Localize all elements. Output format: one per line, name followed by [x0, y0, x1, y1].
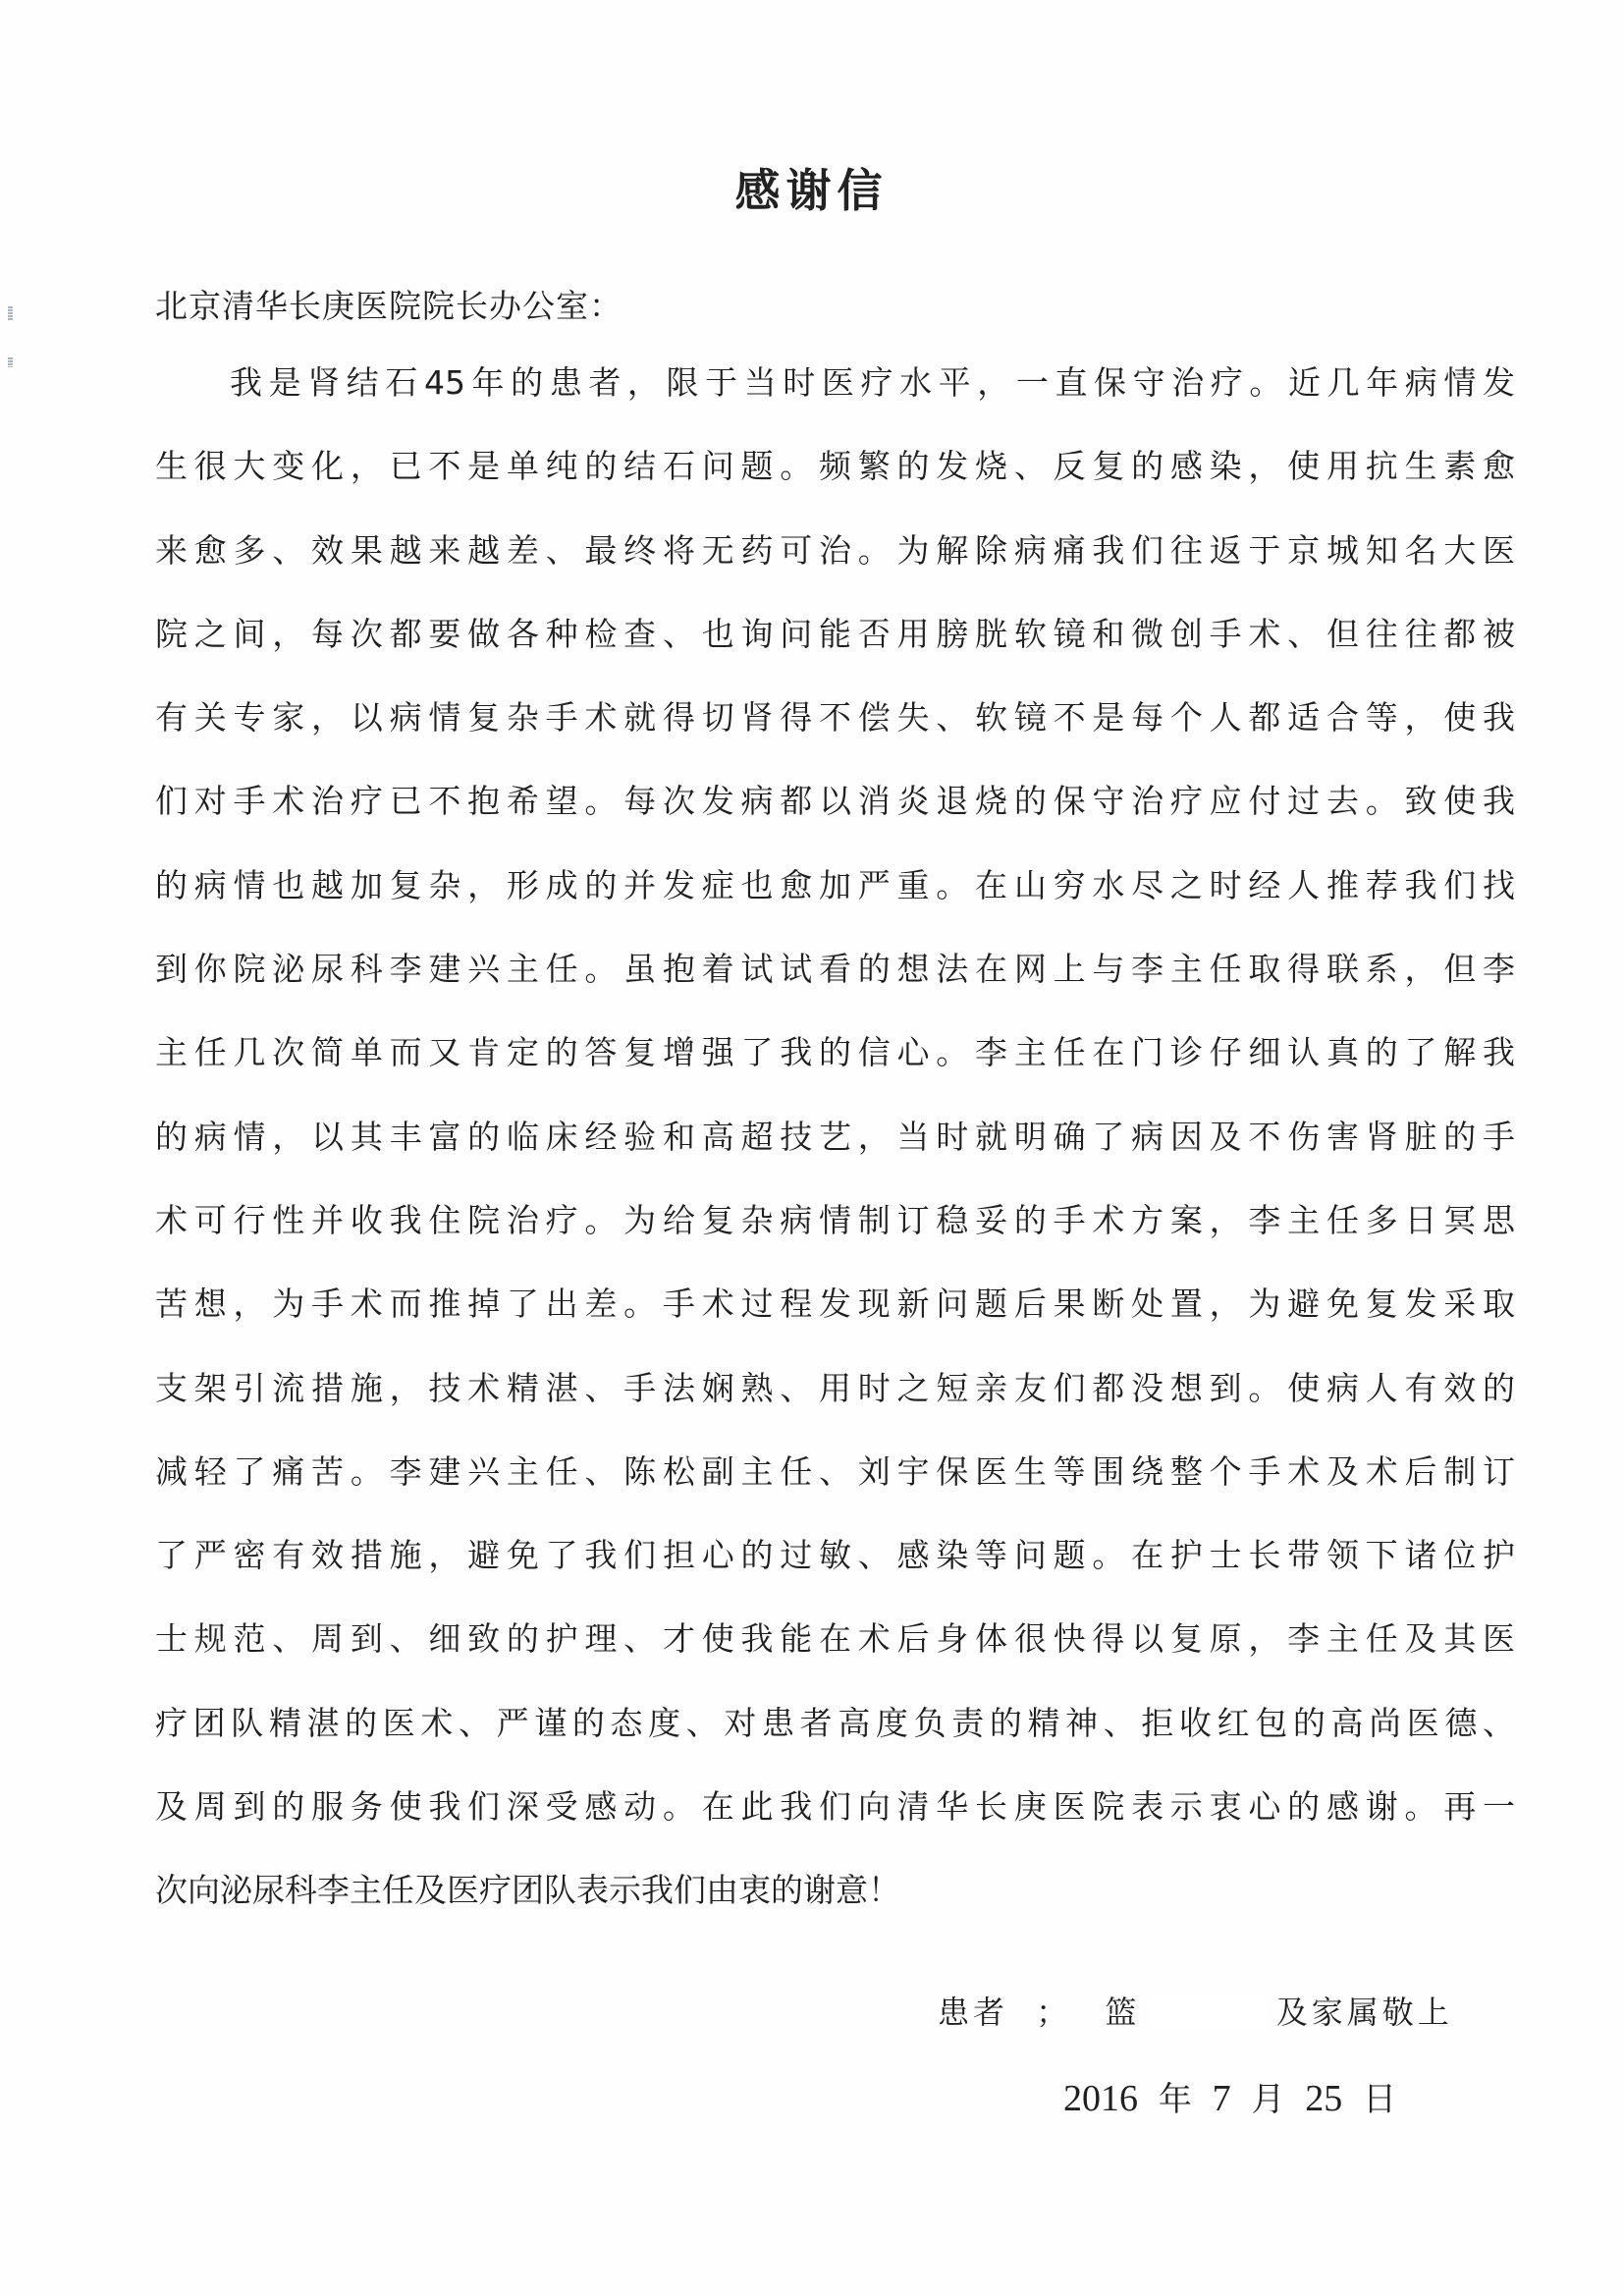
- signature-separator: ；: [1036, 1988, 1067, 2033]
- body-line: 及周到的服务使我们深受感动。在此我们向清华长庚医院表示衷心的感谢。再一: [155, 1779, 1515, 1863]
- signature-name: 篮: [1105, 1988, 1138, 2033]
- body-line: 苦想，为手术而推掉了出差。手术过程发现新问题后果断处置，为避免复发采取: [155, 1277, 1515, 1360]
- date-month: 7: [1213, 2078, 1231, 2119]
- body-line: 次向泌尿科李主任及医疗团队表示我们由衷的谢意！: [155, 1863, 1515, 1946]
- scan-artifact-mark: [8, 357, 13, 367]
- redacted-name-area: [1149, 1999, 1267, 2029]
- body-line: 减轻了痛苦。李建兴主任、陈松副主任、刘宇保医生等围绕整个手术及术后制订: [155, 1445, 1515, 1528]
- body-line: 术可行性并收我住院治疗。为给复杂病情制订稳妥的手术方案，李主任多日冥思: [155, 1193, 1515, 1277]
- body-line: 我是肾结石45年的患者，限于当时医疗水平，一直保守治疗。近几年病情发: [155, 355, 1515, 439]
- body-line: 疗团队精湛的医术、严谨的态度、对患者高度负责的精神、拒收红包的高尚医德、: [155, 1696, 1515, 1779]
- body-line: 来愈多、效果越来越差、最终将无药可治。为解除病痛我们往返于京城知名大医: [155, 523, 1515, 607]
- letter-date: 2016 年 7 月 25 日: [1063, 2072, 1406, 2120]
- signature-block: 患者 ； 篮 及家属敬上: [938, 1988, 1453, 2033]
- date-year: 2016: [1063, 2078, 1138, 2119]
- body-line: 的病情，以其丰富的临床经验和高超技艺，当时就明确了病因及不伤害肾脏的手: [155, 1110, 1515, 1193]
- body-line: 支架引流措施，技术精湛、手法娴熟、用时之短亲友们都没想到。使病人有效的: [155, 1361, 1515, 1445]
- body-line: 院之间，每次都要做各种检查、也询问能否用膀胱软镜和微创手术、但往往都被: [155, 607, 1515, 690]
- date-month-unit: 月: [1251, 2080, 1284, 2119]
- body-line: 生很大变化，已不是单纯的结石问题。频繁的发烧、反复的感染，使用抗生素愈: [155, 439, 1515, 522]
- date-day-unit: 日: [1363, 2080, 1396, 2119]
- scan-artifact-mark: [8, 306, 13, 320]
- date-year-unit: 年: [1159, 2080, 1192, 2119]
- letter-page: 感谢信 北京清华长庚医院院长办公室： 我是肾结石45年的患者，限于当时医疗水平，…: [0, 0, 1623, 2296]
- body-line: 士规范、周到、细致的护理、才使我能在术后身体很快得以复原，李主任及其医: [155, 1612, 1515, 1695]
- body-line: 主任几次简单而又肯定的答复增强了我的信心。李主任在门诊仔细认真的了解我: [155, 1025, 1515, 1109]
- date-day: 25: [1305, 2078, 1342, 2119]
- letter-body: 我是肾结石45年的患者，限于当时医疗水平，一直保守治疗。近几年病情发 生很大变化…: [155, 355, 1515, 1947]
- letter-title: 感谢信: [0, 155, 1623, 220]
- body-line: 到你院泌尿科李建兴主任。虽抱着试试看的想法在网上与李主任取得联系，但李: [155, 942, 1515, 1025]
- body-line: 有关专家，以病情复杂手术就得切肾得不偿失、软镜不是每个人都适合等，使我: [155, 690, 1515, 774]
- body-line: 们对手术治疗已不抱希望。每次发病都以消炎退烧的保守治疗应付过去。致使我: [155, 774, 1515, 857]
- body-line: 了严密有效措施，避免了我们担心的过敏、感染等问题。在护士长带领下诸位护: [155, 1528, 1515, 1612]
- letter-salutation: 北京清华长庚医院院长办公室：: [155, 281, 622, 327]
- signature-label: 患者: [938, 1988, 1008, 2033]
- body-line: 的病情也越加复杂，形成的并发症也愈加严重。在山穷水尽之时经人推荐我们找: [155, 858, 1515, 942]
- signature-suffix: 及家属敬上: [1276, 1988, 1453, 2033]
